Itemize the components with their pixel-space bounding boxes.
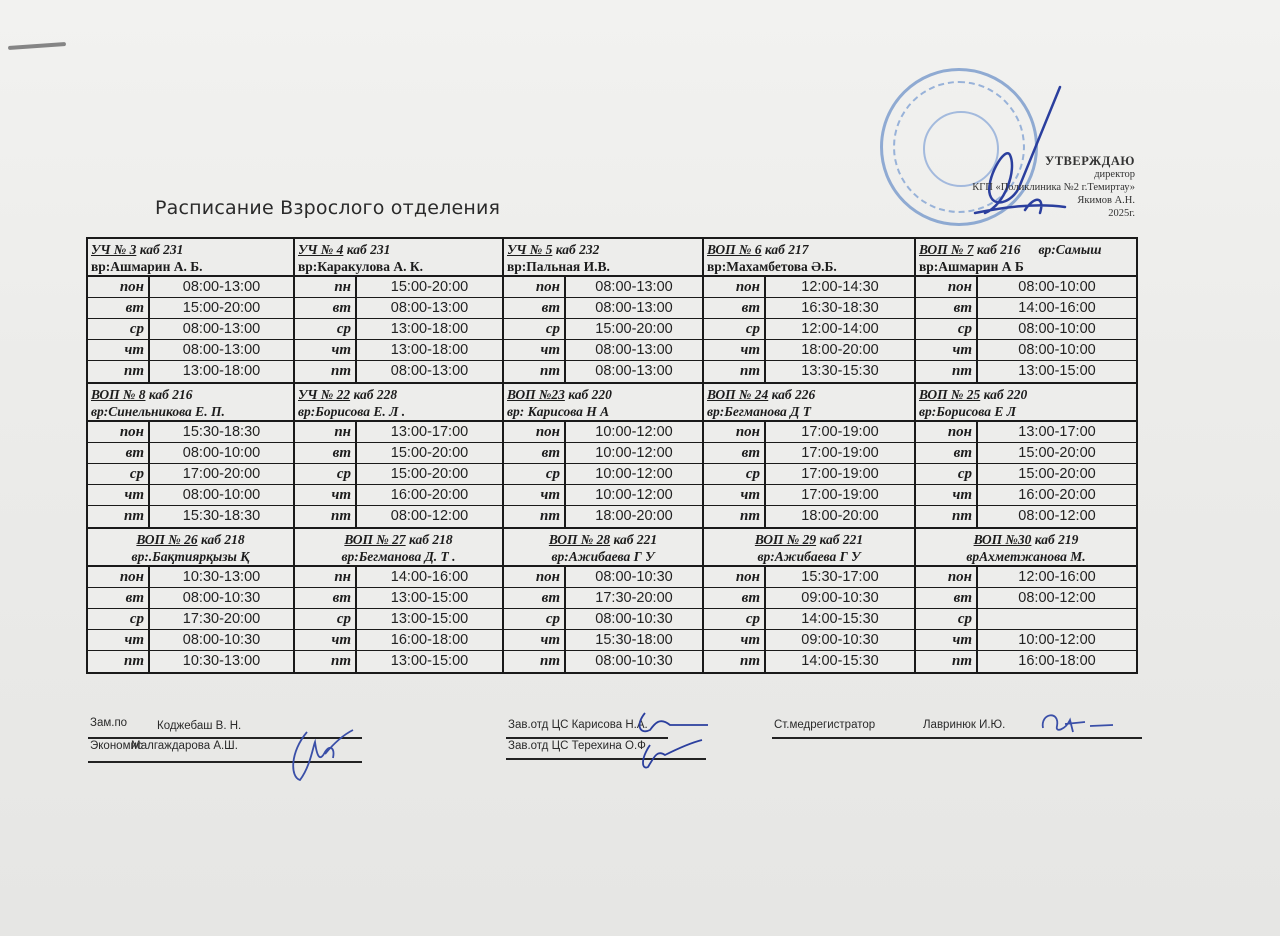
econ-name: Малгаждарова А.Ш. [131,740,238,752]
schedule-row: ср17:30-20:00 [88,609,293,630]
cabinet-number: каб 217 [765,242,809,257]
approval-position: директор [972,168,1135,181]
weekday: чт [88,485,150,505]
time-range: 13:30-15:30 [766,361,914,382]
weekday: чт [704,630,766,650]
weekday: пт [704,361,766,382]
block-header: ВОП № 24 каб 226вр:Бегманова Д Т [704,384,914,422]
schedule-row: чт16:00-20:00 [916,485,1136,506]
weekday: пт [504,361,566,382]
time-range: 08:00-13:00 [566,298,702,318]
time-range: 09:00-10:30 [766,630,914,650]
schedule-row: пон12:00-16:00 [916,567,1136,588]
schedule-row: пт16:00-18:00 [916,651,1136,672]
schedule-row: ср13:00-18:00 [295,319,502,340]
weekday: чт [704,340,766,360]
block-header: УЧ № 3 каб 231вр:Ашмарин А. Б. [88,239,293,277]
head1-label: Зав.отд ЦС Карисова Н.А. [508,719,648,731]
schedule-row: пт08:00-13:00 [504,361,702,382]
cabinet-number: каб 221 [613,532,657,547]
schedule-row: вт08:00-10:00 [88,443,293,464]
unit-code: УЧ № 5 [507,242,552,257]
unit-code: ВОП № 27 [344,532,405,547]
cabinet-number: каб 232 [556,242,600,257]
approval-name: Якимов А.Н. [972,194,1135,207]
schedule-row: чт08:00-13:00 [504,340,702,361]
schedule-row: чт10:00-12:00 [916,630,1136,651]
time-range: 08:00-13:00 [566,340,702,360]
weekday: пт [88,651,150,672]
weekday: пн [295,567,357,587]
weekday: ср [295,609,357,629]
weekday: пт [88,361,150,382]
schedule-block: УЧ № 4 каб 231вр:Каракулова А. К.пн15:00… [295,239,504,384]
cabinet-number: каб 220 [568,387,612,402]
weekday: пон [504,422,566,442]
unit-code: ВОП № 8 [91,387,145,402]
schedule-row: пт13:00-18:00 [88,361,293,382]
block-header: ВОП №30 каб 219врАхметжанова М. [916,529,1136,567]
weekday: вт [704,298,766,318]
time-range: 08:00-10:00 [978,277,1136,297]
schedule-row: пн15:00-20:00 [295,277,502,298]
schedule-row: пон08:00-10:30 [504,567,702,588]
zam-label: Зам.по [90,717,127,729]
weekday: пт [704,651,766,672]
unit-code: ВОП № 24 [707,387,768,402]
time-range: 10:00-12:00 [566,485,702,505]
schedule-block: ВОП № 29 каб 221вр:Ажибаева Г Упон15:30-… [704,529,916,672]
weekday: чт [916,630,978,650]
schedule-row: чт18:00-20:00 [704,340,914,361]
weekday: чт [504,630,566,650]
schedule-row: пт08:00-12:00 [295,506,502,527]
time-range: 15:00-20:00 [357,443,502,463]
schedule-row: пон08:00-10:00 [916,277,1136,298]
weekday: пон [88,422,150,442]
cabinet-number: каб 216 [977,242,1021,257]
schedule-block: ВОП №23 каб 220вр: Карисова Н Апон10:00-… [504,384,704,529]
weekday: пон [504,567,566,587]
time-range: 15:00-20:00 [978,464,1136,484]
unit-code: ВОП № 28 [549,532,610,547]
schedule-block: ВОП № 24 каб 226вр:Бегманова Д Тпон17:00… [704,384,916,529]
doctor-name: вр:Ашмарин А. Б. [91,258,290,275]
time-range: 08:00-13:00 [566,361,702,382]
schedule-block: ВОП № 6 каб 217вр:Махамбетова Ә.Б.пон12:… [704,239,916,384]
schedule-block: ВОП № 25 каб 220вр:Борисова Е Лпон13:00-… [916,384,1136,529]
schedule-row: чт08:00-13:00 [88,340,293,361]
time-range: 08:00-10:00 [150,485,293,505]
approval-heading: УТВЕРЖДАЮ [972,155,1135,168]
doctor-name: врАхметжанова М. [919,548,1133,565]
econ-signature [285,722,355,784]
schedule-row: пт08:00-13:00 [295,361,502,382]
block-header: ВОП № 8 каб 216вр:Синельникова Е. П. [88,384,293,422]
time-range: 08:00-13:00 [357,361,502,382]
cabinet-number: каб 231 [140,242,184,257]
time-range: 08:00-10:30 [150,630,293,650]
schedule-block: ВОП № 27 каб 218вр:Бегманова Д. Т .пн14:… [295,529,504,672]
schedule-block: УЧ № 5 каб 232вр:Пальная И.В.пон08:00-13… [504,239,704,384]
time-range: 13:00-15:00 [357,609,502,629]
schedule-row: пт13:00-15:00 [916,361,1136,382]
time-range: 12:00-16:00 [978,567,1136,587]
unit-code: ВОП № 6 [707,242,761,257]
weekday: пон [504,277,566,297]
block-header: УЧ № 5 каб 232вр:Пальная И.В. [504,239,702,277]
registrar-label: Ст.медрегистратор [774,719,875,731]
schedule-row: чт08:00-10:00 [916,340,1136,361]
time-range: 17:30-20:00 [566,588,702,608]
time-range: 10:30-13:00 [150,567,293,587]
weekday: вт [504,588,566,608]
weekday: ср [704,319,766,339]
time-range: 10:00-12:00 [566,464,702,484]
time-range: 14:00-15:30 [766,609,914,629]
schedule-row: вт16:30-18:30 [704,298,914,319]
schedule-block: ВОП № 7 каб 216вр:Самышвр:Ашмарин А Бпон… [916,239,1136,384]
weekday: чт [916,340,978,360]
time-range: 08:00-10:30 [566,609,702,629]
weekday: пон [704,422,766,442]
weekday: ср [88,319,150,339]
schedule-row: ср08:00-10:30 [504,609,702,630]
weekday: пон [916,567,978,587]
schedule-row: пон12:00-14:30 [704,277,914,298]
extra-doctor: вр:Самыш [1038,242,1101,257]
time-range: 15:00-20:00 [978,443,1136,463]
block-header: ВОП № 6 каб 217вр:Махамбетова Ә.Б. [704,239,914,277]
weekday: ср [704,464,766,484]
weekday: ср [704,609,766,629]
unit-code: УЧ № 4 [298,242,343,257]
schedule-row: чт08:00-10:30 [88,630,293,651]
schedule-row: вт15:00-20:00 [916,443,1136,464]
schedule-row: вт17:00-19:00 [704,443,914,464]
time-range: 13:00-15:00 [357,588,502,608]
weekday: вт [916,588,978,608]
time-range [978,609,1136,629]
weekday: ср [916,464,978,484]
schedule-row: чт16:00-20:00 [295,485,502,506]
weekday: пт [704,506,766,527]
schedule-row: пт14:00-15:30 [704,651,914,672]
doctor-name: вр:Борисова Е. Л . [298,403,499,420]
time-range: 12:00-14:00 [766,319,914,339]
approval-block: УТВЕРЖДАЮ директор КГП «Поликлиника №2 г… [972,155,1135,220]
page-title: Расписание Взрослого отделения [155,197,500,219]
weekday: вт [504,298,566,318]
schedule-row: пон08:00-13:00 [504,277,702,298]
schedule-row: ср15:00-20:00 [916,464,1136,485]
schedule-row: чт17:00-19:00 [704,485,914,506]
weekday: вт [88,298,150,318]
schedule-row: ср15:00-20:00 [295,464,502,485]
schedule-row: вт10:00-12:00 [504,443,702,464]
weekday: пт [295,361,357,382]
schedule-row: вт08:00-10:30 [88,588,293,609]
weekday: ср [916,319,978,339]
weekday: пн [295,422,357,442]
weekday: пн [295,277,357,297]
time-range: 15:00-20:00 [566,319,702,339]
weekday: ср [295,319,357,339]
unit-code: УЧ № 3 [91,242,136,257]
schedule-row: вт08:00-13:00 [504,298,702,319]
schedule-row: вт09:00-10:30 [704,588,914,609]
weekday: пт [295,506,357,527]
time-range: 18:00-20:00 [566,506,702,527]
block-header: ВОП № 28 каб 221вр:Ажибаева Г У [504,529,702,567]
time-range: 13:00-15:00 [978,361,1136,382]
schedule-row: ср12:00-14:00 [704,319,914,340]
schedule-row: ср08:00-10:00 [916,319,1136,340]
time-range: 15:30-17:00 [766,567,914,587]
time-range: 16:00-18:00 [978,651,1136,672]
schedule-row: чт10:00-12:00 [504,485,702,506]
doctor-name: вр:Бегманова Д. Т . [298,548,499,565]
schedule-block: ВОП №30 каб 219врАхметжанова М.пон12:00-… [916,529,1136,672]
time-range: 16:30-18:30 [766,298,914,318]
doctor-name: вр:Пальная И.В. [507,258,699,275]
time-range: 12:00-14:30 [766,277,914,297]
time-range: 08:00-13:00 [150,319,293,339]
schedule-row: чт09:00-10:30 [704,630,914,651]
weekday: ср [295,464,357,484]
time-range: 10:00-12:00 [978,630,1136,650]
weekday: пт [916,506,978,527]
schedule-row: ср14:00-15:30 [704,609,914,630]
schedule-row: пон13:00-17:00 [916,422,1136,443]
schedule-row: ср15:00-20:00 [504,319,702,340]
block-header: ВОП № 7 каб 216вр:Самышвр:Ашмарин А Б [916,239,1136,277]
head2-label: Зав.отд ЦС Терехина О.Ф. [508,740,649,752]
weekday: ср [88,464,150,484]
weekday: чт [916,485,978,505]
schedule-row: пон10:00-12:00 [504,422,702,443]
weekday: вт [88,443,150,463]
cabinet-number: каб 218 [409,532,453,547]
weekday: вт [916,298,978,318]
weekday: чт [295,485,357,505]
time-range: 08:00-13:00 [357,298,502,318]
weekday: чт [295,630,357,650]
doctor-name: вр:Борисова Е Л [919,403,1133,420]
schedule-row: вт14:00-16:00 [916,298,1136,319]
time-range: 16:00-20:00 [978,485,1136,505]
schedule-row: пон10:30-13:00 [88,567,293,588]
block-header: УЧ № 4 каб 231вр:Каракулова А. К. [295,239,502,277]
schedule-row: чт15:30-18:00 [504,630,702,651]
doctor-name: вр:Ажибаева Г У [507,548,699,565]
block-header: ВОП № 27 каб 218вр:Бегманова Д. Т . [295,529,502,567]
time-range: 14:00-16:00 [357,567,502,587]
schedule-row: пт13:30-15:30 [704,361,914,382]
doctor-name: вр:Каракулова А. К. [298,258,499,275]
schedule-row: ср13:00-15:00 [295,609,502,630]
schedule-row: ср [916,609,1136,630]
time-range: 08:00-10:30 [566,651,702,672]
time-range: 18:00-20:00 [766,340,914,360]
cabinet-number: каб 228 [353,387,397,402]
schedule-row: пон15:30-18:30 [88,422,293,443]
block-header: УЧ № 22 каб 228вр:Борисова Е. Л . [295,384,502,422]
weekday: вт [704,588,766,608]
approval-organization: КГП «Поликлиника №2 г.Темиртау» [972,181,1135,194]
block-header: ВОП №23 каб 220вр: Карисова Н А [504,384,702,422]
schedule-table: УЧ № 3 каб 231вр:Ашмарин А. Б.пон08:00-1… [86,237,1138,674]
weekday: вт [504,443,566,463]
weekday: пт [504,506,566,527]
doctor-name: вр: Карисова Н А [507,403,699,420]
unit-code: ВОП № 29 [755,532,816,547]
weekday: ср [504,609,566,629]
schedule-row: вт08:00-13:00 [295,298,502,319]
weekday: вт [295,588,357,608]
schedule-row: пт08:00-10:30 [504,651,702,672]
block-header: ВОП № 26 каб 218вр:.Бақтиярқызы Қ [88,529,293,567]
doctor-name: вр:Махамбетова Ә.Б. [707,258,911,275]
weekday: вт [704,443,766,463]
schedule-row: ср17:00-20:00 [88,464,293,485]
cabinet-number: каб 221 [819,532,863,547]
weekday: чт [504,340,566,360]
unit-code: УЧ № 22 [298,387,350,402]
weekday: чт [295,340,357,360]
schedule-row: пн13:00-17:00 [295,422,502,443]
time-range: 09:00-10:30 [766,588,914,608]
cabinet-number: каб 220 [984,387,1028,402]
unit-code: ВОП №30 [974,532,1032,547]
weekday: ср [504,464,566,484]
weekday: пон [704,277,766,297]
weekday: чт [504,485,566,505]
schedule-row: пт13:00-15:00 [295,651,502,672]
cabinet-number: каб 231 [347,242,391,257]
schedule-block: ВОП № 28 каб 221вр:Ажибаева Г Упон08:00-… [504,529,704,672]
schedule-row: пт08:00-12:00 [916,506,1136,527]
schedule-row: чт16:00-18:00 [295,630,502,651]
time-range: 10:30-13:00 [150,651,293,672]
schedule-row: ср17:00-19:00 [704,464,914,485]
time-range: 10:00-12:00 [566,443,702,463]
weekday: ср [916,609,978,629]
weekday: пт [916,361,978,382]
time-range: 08:00-13:00 [566,277,702,297]
time-range: 13:00-18:00 [150,361,293,382]
time-range: 15:00-20:00 [357,464,502,484]
time-range: 15:00-20:00 [357,277,502,297]
schedule-row: пон08:00-13:00 [88,277,293,298]
time-range: 15:30-18:30 [150,506,293,527]
schedule-row: пон17:00-19:00 [704,422,914,443]
doctor-name: вр:Бегманова Д Т [707,403,911,420]
weekday: пон [916,277,978,297]
time-range: 14:00-16:00 [978,298,1136,318]
weekday: пон [916,422,978,442]
unit-code: ВОП № 25 [919,387,980,402]
time-range: 08:00-13:00 [150,340,293,360]
time-range: 08:00-10:00 [978,340,1136,360]
weekday: вт [295,298,357,318]
weekday: вт [916,443,978,463]
time-range: 17:00-19:00 [766,422,914,442]
schedule-row: вт13:00-15:00 [295,588,502,609]
time-range: 15:30-18:30 [150,422,293,442]
unit-code: ВОП №23 [507,387,565,402]
time-range: 10:00-12:00 [566,422,702,442]
schedule-row: пон15:30-17:00 [704,567,914,588]
weekday: пт [916,651,978,672]
time-range: 17:00-19:00 [766,485,914,505]
doctor-name: вр:Синельникова Е. П. [91,403,290,420]
block-header: ВОП № 29 каб 221вр:Ажибаева Г У [704,529,914,567]
time-range: 13:00-17:00 [357,422,502,442]
unit-code: ВОП № 7 [919,242,973,257]
time-range: 08:00-12:00 [978,506,1136,527]
schedule-block: УЧ № 22 каб 228вр:Борисова Е. Л .пн13:00… [295,384,504,529]
weekday: пон [704,567,766,587]
time-range: 14:00-15:30 [766,651,914,672]
weekday: пт [295,651,357,672]
time-range: 08:00-10:00 [978,319,1136,339]
schedule-row: пт18:00-20:00 [704,506,914,527]
weekday: ср [504,319,566,339]
time-range: 08:00-12:00 [357,506,502,527]
cabinet-number: каб 216 [149,387,193,402]
time-range: 15:30-18:00 [566,630,702,650]
schedule-row: пн14:00-16:00 [295,567,502,588]
schedule-row: пт18:00-20:00 [504,506,702,527]
weekday: чт [88,340,150,360]
time-range: 17:30-20:00 [150,609,293,629]
approval-year: 2025г. [972,207,1135,220]
zam-name: Коджебаш В. Н. [157,720,241,732]
schedule-row: ср08:00-13:00 [88,319,293,340]
schedule-row: чт08:00-10:00 [88,485,293,506]
weekday: ср [88,609,150,629]
time-range: 16:00-20:00 [357,485,502,505]
weekday: пт [88,506,150,527]
doctor-name: вр:.Бақтиярқызы Қ [91,548,290,565]
schedule-row: чт13:00-18:00 [295,340,502,361]
head-signatures [630,705,710,775]
schedule-row: вт08:00-12:00 [916,588,1136,609]
time-range: 15:00-20:00 [150,298,293,318]
schedule-row: пт10:30-13:00 [88,651,293,672]
schedule-block: ВОП № 26 каб 218вр:.Бақтиярқызы Қпон10:3… [88,529,295,672]
time-range: 17:00-19:00 [766,464,914,484]
schedule-row: вт17:30-20:00 [504,588,702,609]
time-range: 13:00-18:00 [357,319,502,339]
time-range: 13:00-17:00 [978,422,1136,442]
time-range: 08:00-10:30 [566,567,702,587]
doctor-name: вр:Ажибаева Г У [707,548,911,565]
time-range: 18:00-20:00 [766,506,914,527]
cabinet-number: каб 226 [772,387,816,402]
time-range: 08:00-10:00 [150,443,293,463]
registrar-name: Лавринюк И.Ю. [923,719,1005,731]
time-range: 08:00-13:00 [150,277,293,297]
weekday: пон [88,567,150,587]
schedule-row: пт15:30-18:30 [88,506,293,527]
doctor-name: вр:Ашмарин А Б [919,258,1133,275]
cabinet-number: каб 219 [1035,532,1079,547]
weekday: чт [704,485,766,505]
schedule-row: вт15:00-20:00 [88,298,293,319]
time-range: 17:00-20:00 [150,464,293,484]
